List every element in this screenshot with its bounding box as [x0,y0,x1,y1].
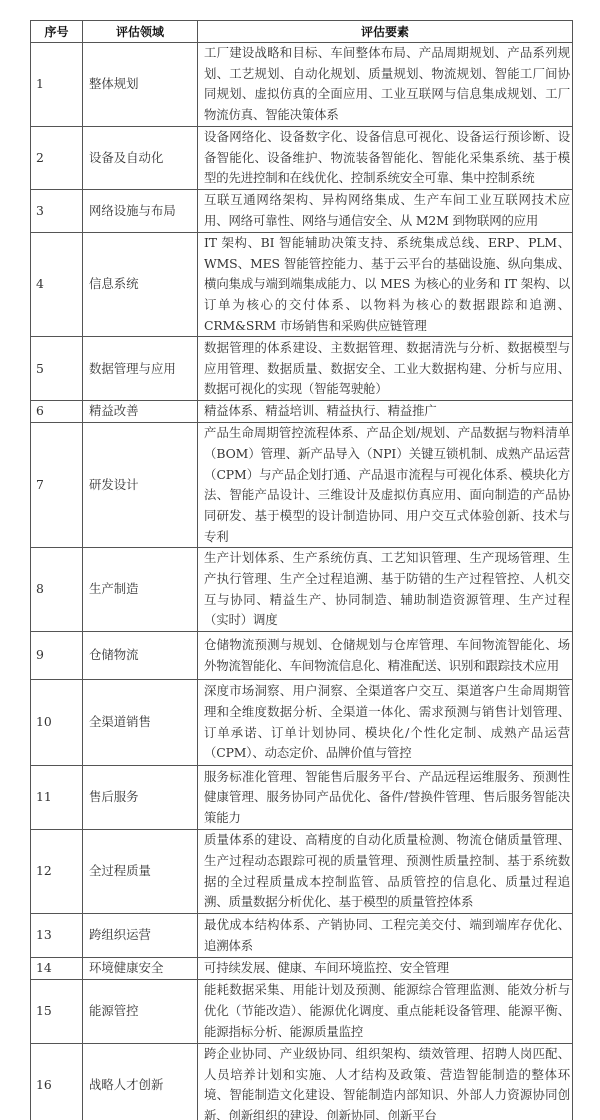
row-number: 6 [31,401,83,423]
table-row: 6精益改善精益体系、精益培训、精益执行、精益推广 [31,401,573,423]
row-elements: 深度市场洞察、用户洞察、全渠道客户交互、渠道客户生命周期管理和全维度数据分析、全… [198,680,573,766]
row-number: 2 [31,126,83,189]
row-elements: 互联互通网络架构、异构网络集成、生产车间工业互联网技术应用、网络可靠性、网络与通… [198,189,573,232]
row-elements: 产品生命周期管控流程体系、产品企划/规划、产品数据与物料清单（BOM）管理、新产… [198,423,573,548]
row-domain: 跨组织运营 [83,914,198,958]
row-number: 3 [31,189,83,232]
row-elements: 工厂建设战略和目标、车间整体布局、产品周期规划、产品系列规划、工艺规划、自动化规… [198,43,573,127]
row-domain: 精益改善 [83,401,198,423]
table-row: 16战略人才创新跨企业协同、产业级协同、组织架构、绩效管理、招聘人岗匹配、人员培… [31,1043,573,1120]
table-row: 10全渠道销售深度市场洞察、用户洞察、全渠道客户交互、渠道客户生命周期管理和全维… [31,680,573,766]
table-row: 8生产制造生产计划体系、生产系统仿真、工艺知识管理、生产现场管理、生产执行管理、… [31,548,573,632]
table-body: 1整体规划工厂建设战略和目标、车间整体布局、产品周期规划、产品系列规划、工艺规划… [31,43,573,1120]
row-elements: 质量体系的建设、高精度的自动化质量检测、物流仓储质量管理、生产过程动态跟踪可视的… [198,830,573,914]
row-domain: 研发设计 [83,423,198,548]
row-elements: 精益体系、精益培训、精益执行、精益推广 [198,401,573,423]
row-elements: 最优成本结构体系、产销协同、工程完美交付、端到端库存优化、追溯体系 [198,914,573,958]
table-row: 7研发设计产品生命周期管控流程体系、产品企划/规划、产品数据与物料清单（BOM）… [31,423,573,548]
row-domain: 全过程质量 [83,830,198,914]
row-elements: 生产计划体系、生产系统仿真、工艺知识管理、生产现场管理、生产执行管理、生产全过程… [198,548,573,632]
row-domain: 整体规划 [83,43,198,127]
row-domain: 环境健康安全 [83,958,198,980]
row-elements: 服务标准化管理、智能售后服务平台、产品远程运维服务、预测性健康管理、服务协同产品… [198,766,573,830]
table-row: 15能源管控能耗数据采集、用能计划及预测、能源综合管理监测、能效分析与优化（节能… [31,979,573,1043]
row-elements: 可持续发展、健康、车间环境监控、安全管理 [198,958,573,980]
row-number: 7 [31,423,83,548]
table-row: 2设备及自动化设备网络化、设备数字化、设备信息可视化、设备运行预诊断、设备智能化… [31,126,573,189]
row-number: 8 [31,548,83,632]
row-number: 14 [31,958,83,980]
row-elements: 设备网络化、设备数字化、设备信息可视化、设备运行预诊断、设备智能化、设备维护、物… [198,126,573,189]
row-domain: 战略人才创新 [83,1043,198,1120]
table-row: 14环境健康安全可持续发展、健康、车间环境监控、安全管理 [31,958,573,980]
row-elements: IT 架构、BI 智能辅助决策支持、系统集成总线、ERP、PLM、WMS、MES… [198,232,573,337]
row-number: 10 [31,680,83,766]
table-row: 3网络设施与布局互联互通网络架构、异构网络集成、生产车间工业互联网技术应用、网络… [31,189,573,232]
row-number: 13 [31,914,83,958]
row-domain: 全渠道销售 [83,680,198,766]
row-domain: 网络设施与布局 [83,189,198,232]
row-number: 12 [31,830,83,914]
table-row: 5数据管理与应用数据管理的体系建设、主数据管理、数据清洗与分析、数据模型与应用管… [31,337,573,401]
row-domain: 设备及自动化 [83,126,198,189]
row-domain: 信息系统 [83,232,198,337]
table-row: 9仓储物流仓储物流预测与规划、仓储规划与仓库管理、车间物流智能化、场外物流智能化… [31,632,573,680]
row-elements: 数据管理的体系建设、主数据管理、数据清洗与分析、数据模型与应用管理、数据质量、数… [198,337,573,401]
table-row: 11售后服务服务标准化管理、智能售后服务平台、产品远程运维服务、预测性健康管理、… [31,766,573,830]
table-row: 1整体规划工厂建设战略和目标、车间整体布局、产品周期规划、产品系列规划、工艺规划… [31,43,573,127]
row-number: 15 [31,979,83,1043]
row-number: 9 [31,632,83,680]
row-number: 11 [31,766,83,830]
row-number: 4 [31,232,83,337]
row-domain: 生产制造 [83,548,198,632]
table-row: 12全过程质量质量体系的建设、高精度的自动化质量检测、物流仓储质量管理、生产过程… [31,830,573,914]
row-domain: 能源管控 [83,979,198,1043]
header-elements: 评估要素 [198,21,573,43]
row-domain: 数据管理与应用 [83,337,198,401]
table-row: 4信息系统IT 架构、BI 智能辅助决策支持、系统集成总线、ERP、PLM、WM… [31,232,573,337]
header-row: 序号 评估领域 评估要素 [31,21,573,43]
row-domain: 售后服务 [83,766,198,830]
header-number: 序号 [31,21,83,43]
row-elements: 能耗数据采集、用能计划及预测、能源综合管理监测、能效分析与优化（节能改造）、能源… [198,979,573,1043]
table-row: 13跨组织运营最优成本结构体系、产销协同、工程完美交付、端到端库存优化、追溯体系 [31,914,573,958]
header-domain: 评估领域 [83,21,198,43]
evaluation-table: 序号 评估领域 评估要素 1整体规划工厂建设战略和目标、车间整体布局、产品周期规… [30,20,573,1120]
row-elements: 仓储物流预测与规划、仓储规划与仓库管理、车间物流智能化、场外物流智能化、车间物流… [198,632,573,680]
row-number: 5 [31,337,83,401]
row-domain: 仓储物流 [83,632,198,680]
row-number: 1 [31,43,83,127]
row-number: 16 [31,1043,83,1120]
row-elements: 跨企业协同、产业级协同、组织架构、绩效管理、招聘人岗匹配、人员培养计划和实施、人… [198,1043,573,1120]
